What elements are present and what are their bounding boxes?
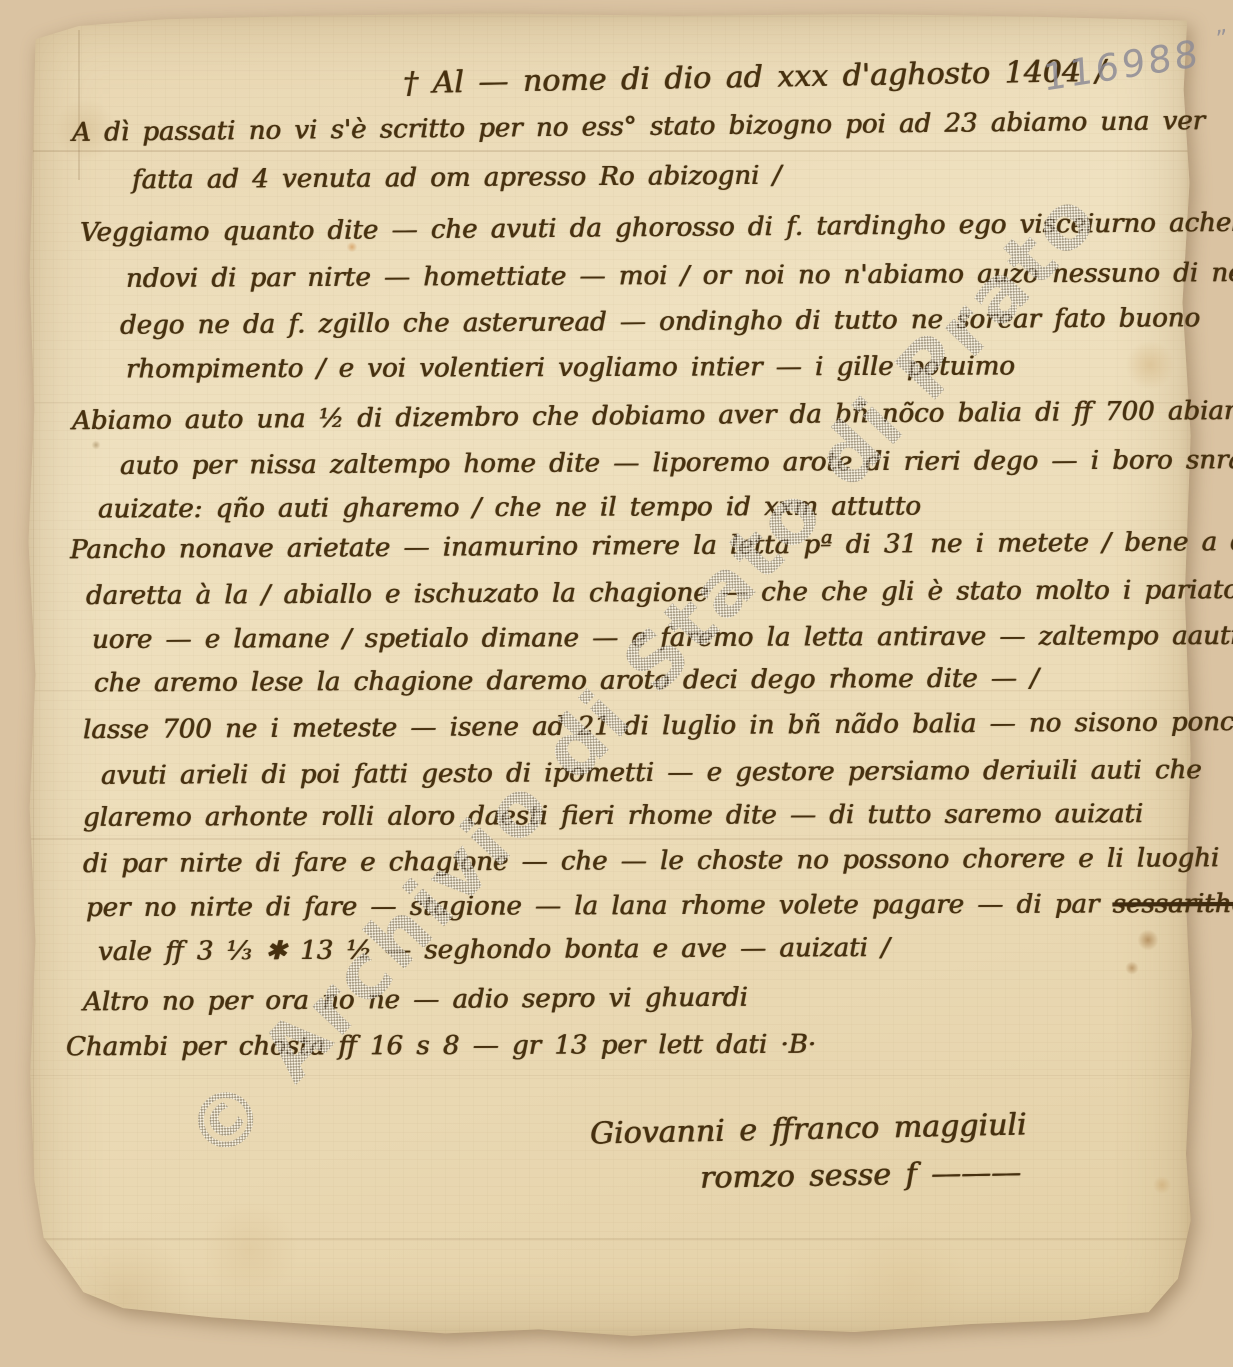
manuscript-line: per no nirte di fare — stagione — la lan… — [86, 889, 1233, 923]
manuscript-line: ndovi di par nirte — homettiate — moi / … — [126, 258, 1233, 294]
manuscript-line: che aremo lese la chagione daremo aroto … — [94, 664, 1039, 699]
manuscript-line: glaremo arhonte rolli aloro daesti fieri… — [83, 799, 1143, 833]
heading-dateline: † Al — nome di dio ad xxx d'aghosto 1404… — [403, 54, 1106, 101]
archive-pencil-mark: ” — [1215, 25, 1228, 53]
signature-line: romzo sesse f ——— — [700, 1155, 1022, 1196]
manuscript-line: dego ne da f. zgillo che asteruread — on… — [120, 303, 1200, 341]
manuscript-line: Abiamo auto una ½ di dizembro che dobiam… — [72, 396, 1233, 436]
manuscript-line: Veggiamo quanto dite — che avuti da ghor… — [80, 208, 1233, 248]
manuscript-line: rhompimento / e voi volentieri vogliamo … — [126, 351, 1015, 384]
manuscript-line: fatta ad 4 venuta ad om apresso Ro abizo… — [132, 161, 782, 196]
manuscript-line: di par nirte di fare e chagione — che — … — [83, 843, 1233, 879]
manuscript-line: avuti arieli di poi fatti gesto di ipome… — [101, 755, 1202, 791]
signature-line: Giovanni e ffranco maggiuli — [590, 1107, 1027, 1151]
manuscript-line: daretta à la / abiallo e ischuzato la ch… — [86, 575, 1233, 611]
manuscript-line: uore — e lamane / spetialo dimane — e fa… — [92, 621, 1233, 655]
manuscript-line: A dì passati no vi s'è scritto per no es… — [72, 106, 1205, 148]
handwritten-text-layer: † Al — nome di dio ad xxx d'aghosto 1404… — [0, 0, 1233, 1367]
manuscript-line: Chambi per chosta ff 16 s 8 — gr 13 per … — [66, 1030, 816, 1063]
manuscript-line: auizate: qño auti gharemo / che ne il te… — [98, 492, 921, 525]
manuscript-line: Pancho nonave arietate — inamurino rimer… — [70, 527, 1233, 565]
manuscript-line: lasse 700 ne i meteste — isene ad 21 di … — [83, 707, 1233, 745]
manuscript-letter-scan: † Al — nome di dio ad xxx d'aghosto 1404… — [0, 0, 1233, 1367]
manuscript-line: Altro no per ora no ne — adio sepro vi g… — [83, 983, 748, 1018]
manuscript-line: vale ff 3 ⅓ ✱ 13 ½ — seghondo bonta e av… — [98, 933, 890, 967]
strikethrough-text: sessarithe — [1113, 889, 1233, 919]
manuscript-line: auto per nissa zaltempo home dite — lipo… — [120, 445, 1233, 481]
